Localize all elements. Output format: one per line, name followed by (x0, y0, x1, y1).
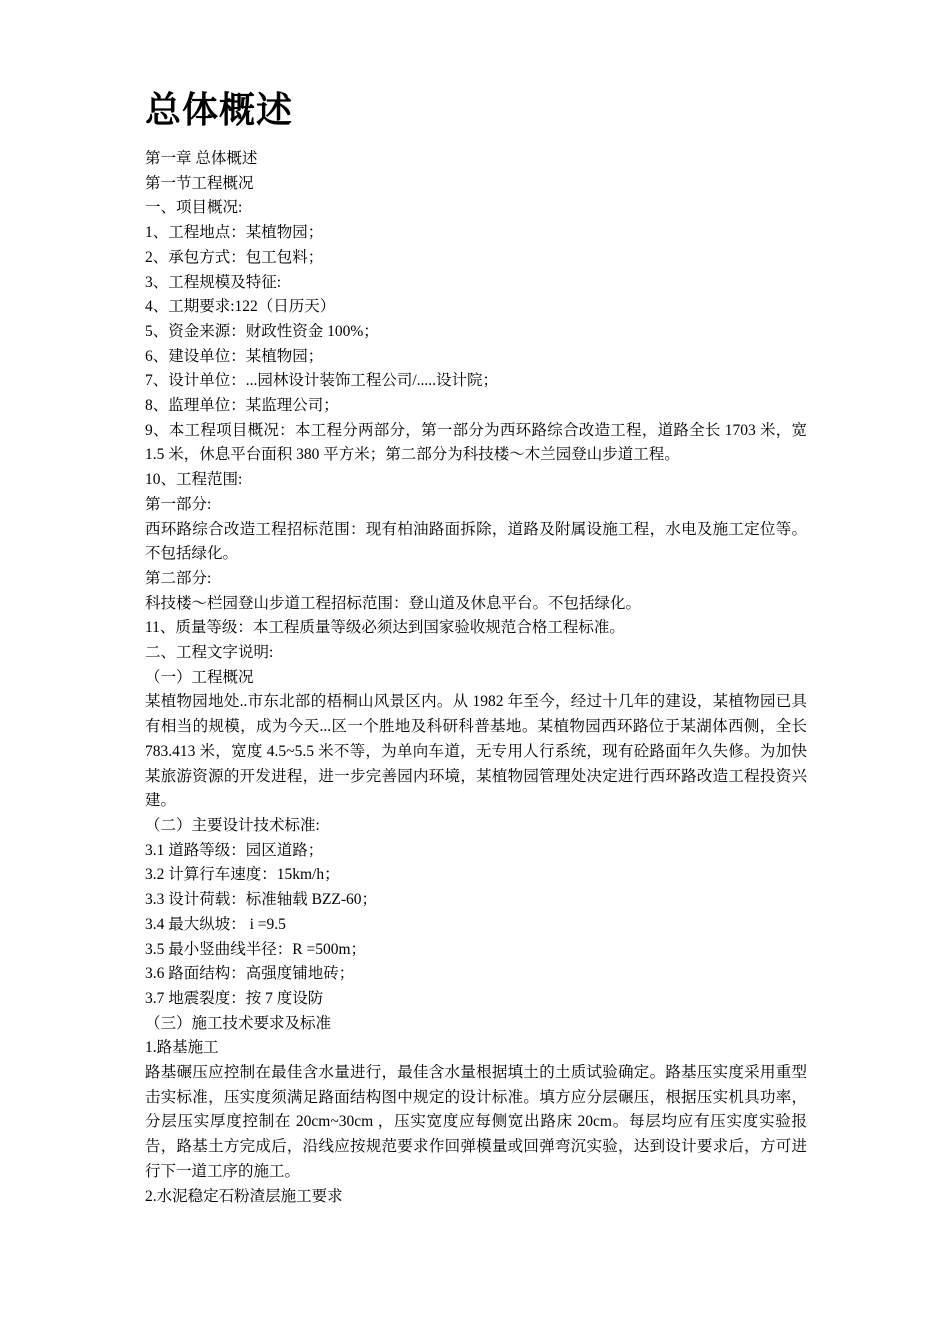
project-overview-paragraph: 9、本工程项目概况：本工程分两部分，第一部分为西环路综合改造工程，道路全长 17… (145, 419, 807, 468)
standard-item: 3.4 最大纵坡： i =9.5 (145, 913, 807, 938)
list-item: 1、工程地点：某植物园； (145, 221, 807, 246)
part-description: 西环路综合改造工程招标范围：现有柏油路面拆除，道路及附属设施工程，水电及施工定位… (145, 518, 807, 567)
document-title: 总体概述 (145, 84, 807, 138)
part-label: 第一部分: (145, 493, 807, 518)
subsection-heading: （二）主要设计技术标准: (145, 814, 807, 839)
list-item: 6、建设单位：某植物园； (145, 345, 807, 370)
section-heading: 二、工程文字说明: (145, 641, 807, 666)
list-item: 4、工期要求:122（日历天） (145, 295, 807, 320)
standard-item: 3.1 道路等级：园区道路； (145, 839, 807, 864)
standard-item: 3.6 路面结构：高强度铺地砖； (145, 962, 807, 987)
item-heading: 2.水泥稳定石粉渣层施工要求 (145, 1185, 807, 1210)
standard-item: 3.5 最小竖曲线半径：R =500m； (145, 938, 807, 963)
chapter-heading: 第一章 总体概述 (145, 147, 807, 172)
list-item: 2、承包方式：包工包料； (145, 246, 807, 271)
list-item: 7、设计单位：...园林设计装饰工程公司/.....设计院； (145, 369, 807, 394)
list-item: 5、资金来源：财政性资金 100%； (145, 320, 807, 345)
subsection-heading: （一）工程概况 (145, 666, 807, 691)
part-description: 科技楼～栏园登山步道工程招标范围：登山道及休息平台。不包括绿化。 (145, 592, 807, 617)
subsection-heading: 一、项目概况: (145, 196, 807, 221)
list-item: 3、工程规模及特征: (145, 271, 807, 296)
list-item: 11、质量等级：本工程质量等级必须达到国家验收规范合格工程标准。 (145, 616, 807, 641)
standard-item: 3.3 设计荷载：标准轴载 BZZ-60； (145, 888, 807, 913)
list-item: 10、工程范围: (145, 468, 807, 493)
list-item: 8、监理单位：某监理公司； (145, 394, 807, 419)
part-label: 第二部分: (145, 567, 807, 592)
roadbed-paragraph: 路基碾压应控制在最佳含水量进行，最佳含水量根据填土的土质试验确定。路基压实度采用… (145, 1061, 807, 1185)
standard-item: 3.2 计算行车速度：15km/h； (145, 863, 807, 888)
subsection-heading: （三）施工技术要求及标准 (145, 1012, 807, 1037)
overview-paragraph: 某植物园地处..市东北部的梧桐山风景区内。从 1982 年至今，经过十几年的建设… (145, 690, 807, 814)
document-page: 总体概述 第一章 总体概述 第一节工程概况 一、项目概况: 1、工程地点：某植物… (145, 84, 807, 1209)
item-heading: 1.路基施工 (145, 1036, 807, 1061)
standard-item: 3.7 地震裂度：按 7 度设防 (145, 987, 807, 1012)
section-heading: 第一节工程概况 (145, 172, 807, 197)
